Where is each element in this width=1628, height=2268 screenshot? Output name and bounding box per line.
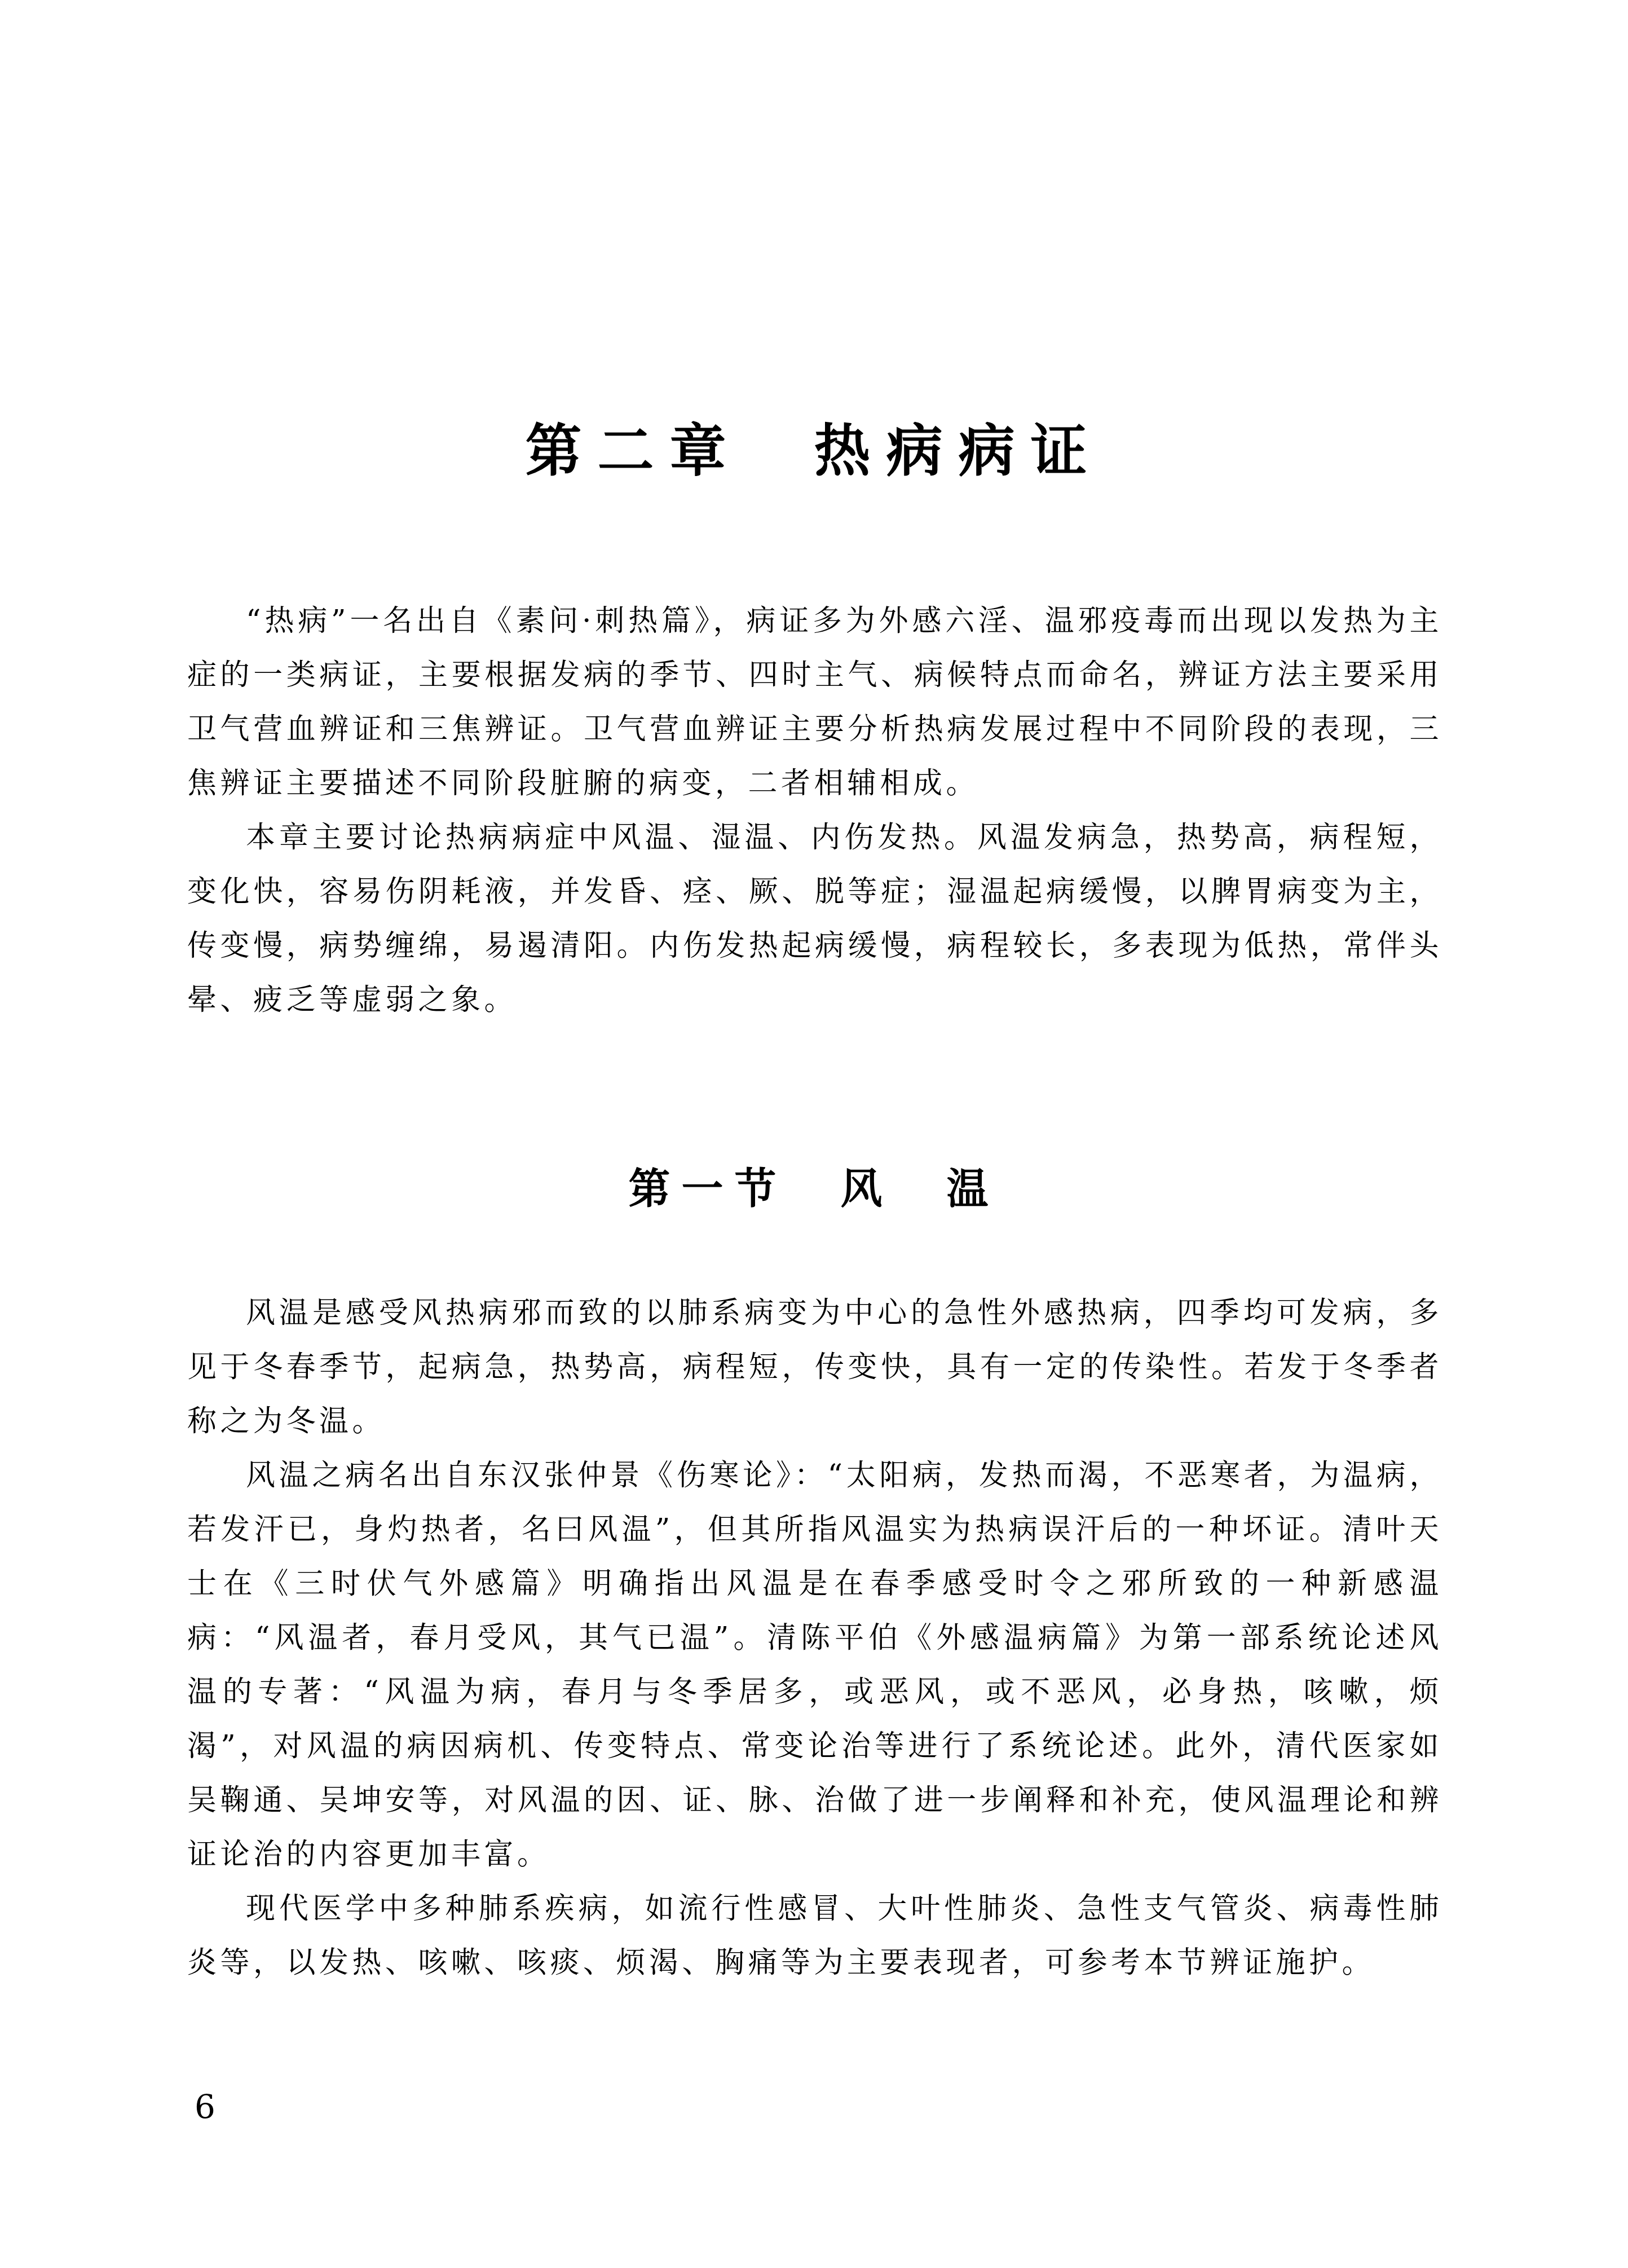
- page-number: 6: [195, 2087, 215, 2126]
- chapter-title: 第二章 热病病证: [0, 417, 1628, 485]
- paragraph: “热病”一名出自《素问·刺热篇》，病证多为外感六淫、温邪疫毒而出现以发热为主症的…: [187, 594, 1442, 811]
- paragraph: 本章主要讨论热病病症中风温、湿温、内伤发热。风温发病急，热势高，病程短，变化快，…: [187, 811, 1442, 1027]
- intro-paragraphs: “热病”一名出自《素问·刺热篇》，病证多为外感六淫、温邪疫毒而出现以发热为主症的…: [187, 594, 1442, 1027]
- paragraph: 现代医学中多种肺系疾病，如流行性感冒、大叶性肺炎、急性支气管炎、病毒性肺炎等，以…: [187, 1882, 1442, 1990]
- paragraph: 风温之病名出自东汉张仲景《伤寒论》：“太阳病，发热而渴，不恶寒者，为温病，若发汗…: [187, 1448, 1442, 1882]
- section-title: 第一节 风 温: [0, 1158, 1628, 1220]
- book-page: 第二章 热病病证 “热病”一名出自《素问·刺热篇》，病证多为外感六淫、温邪疫毒而…: [0, 0, 1628, 2268]
- paragraph: 风温是感受风热病邪而致的以肺系病变为中心的急性外感热病，四季均可发病，多见于冬春…: [187, 1286, 1442, 1448]
- section-paragraphs: 风温是感受风热病邪而致的以肺系病变为中心的急性外感热病，四季均可发病，多见于冬春…: [187, 1286, 1442, 1990]
